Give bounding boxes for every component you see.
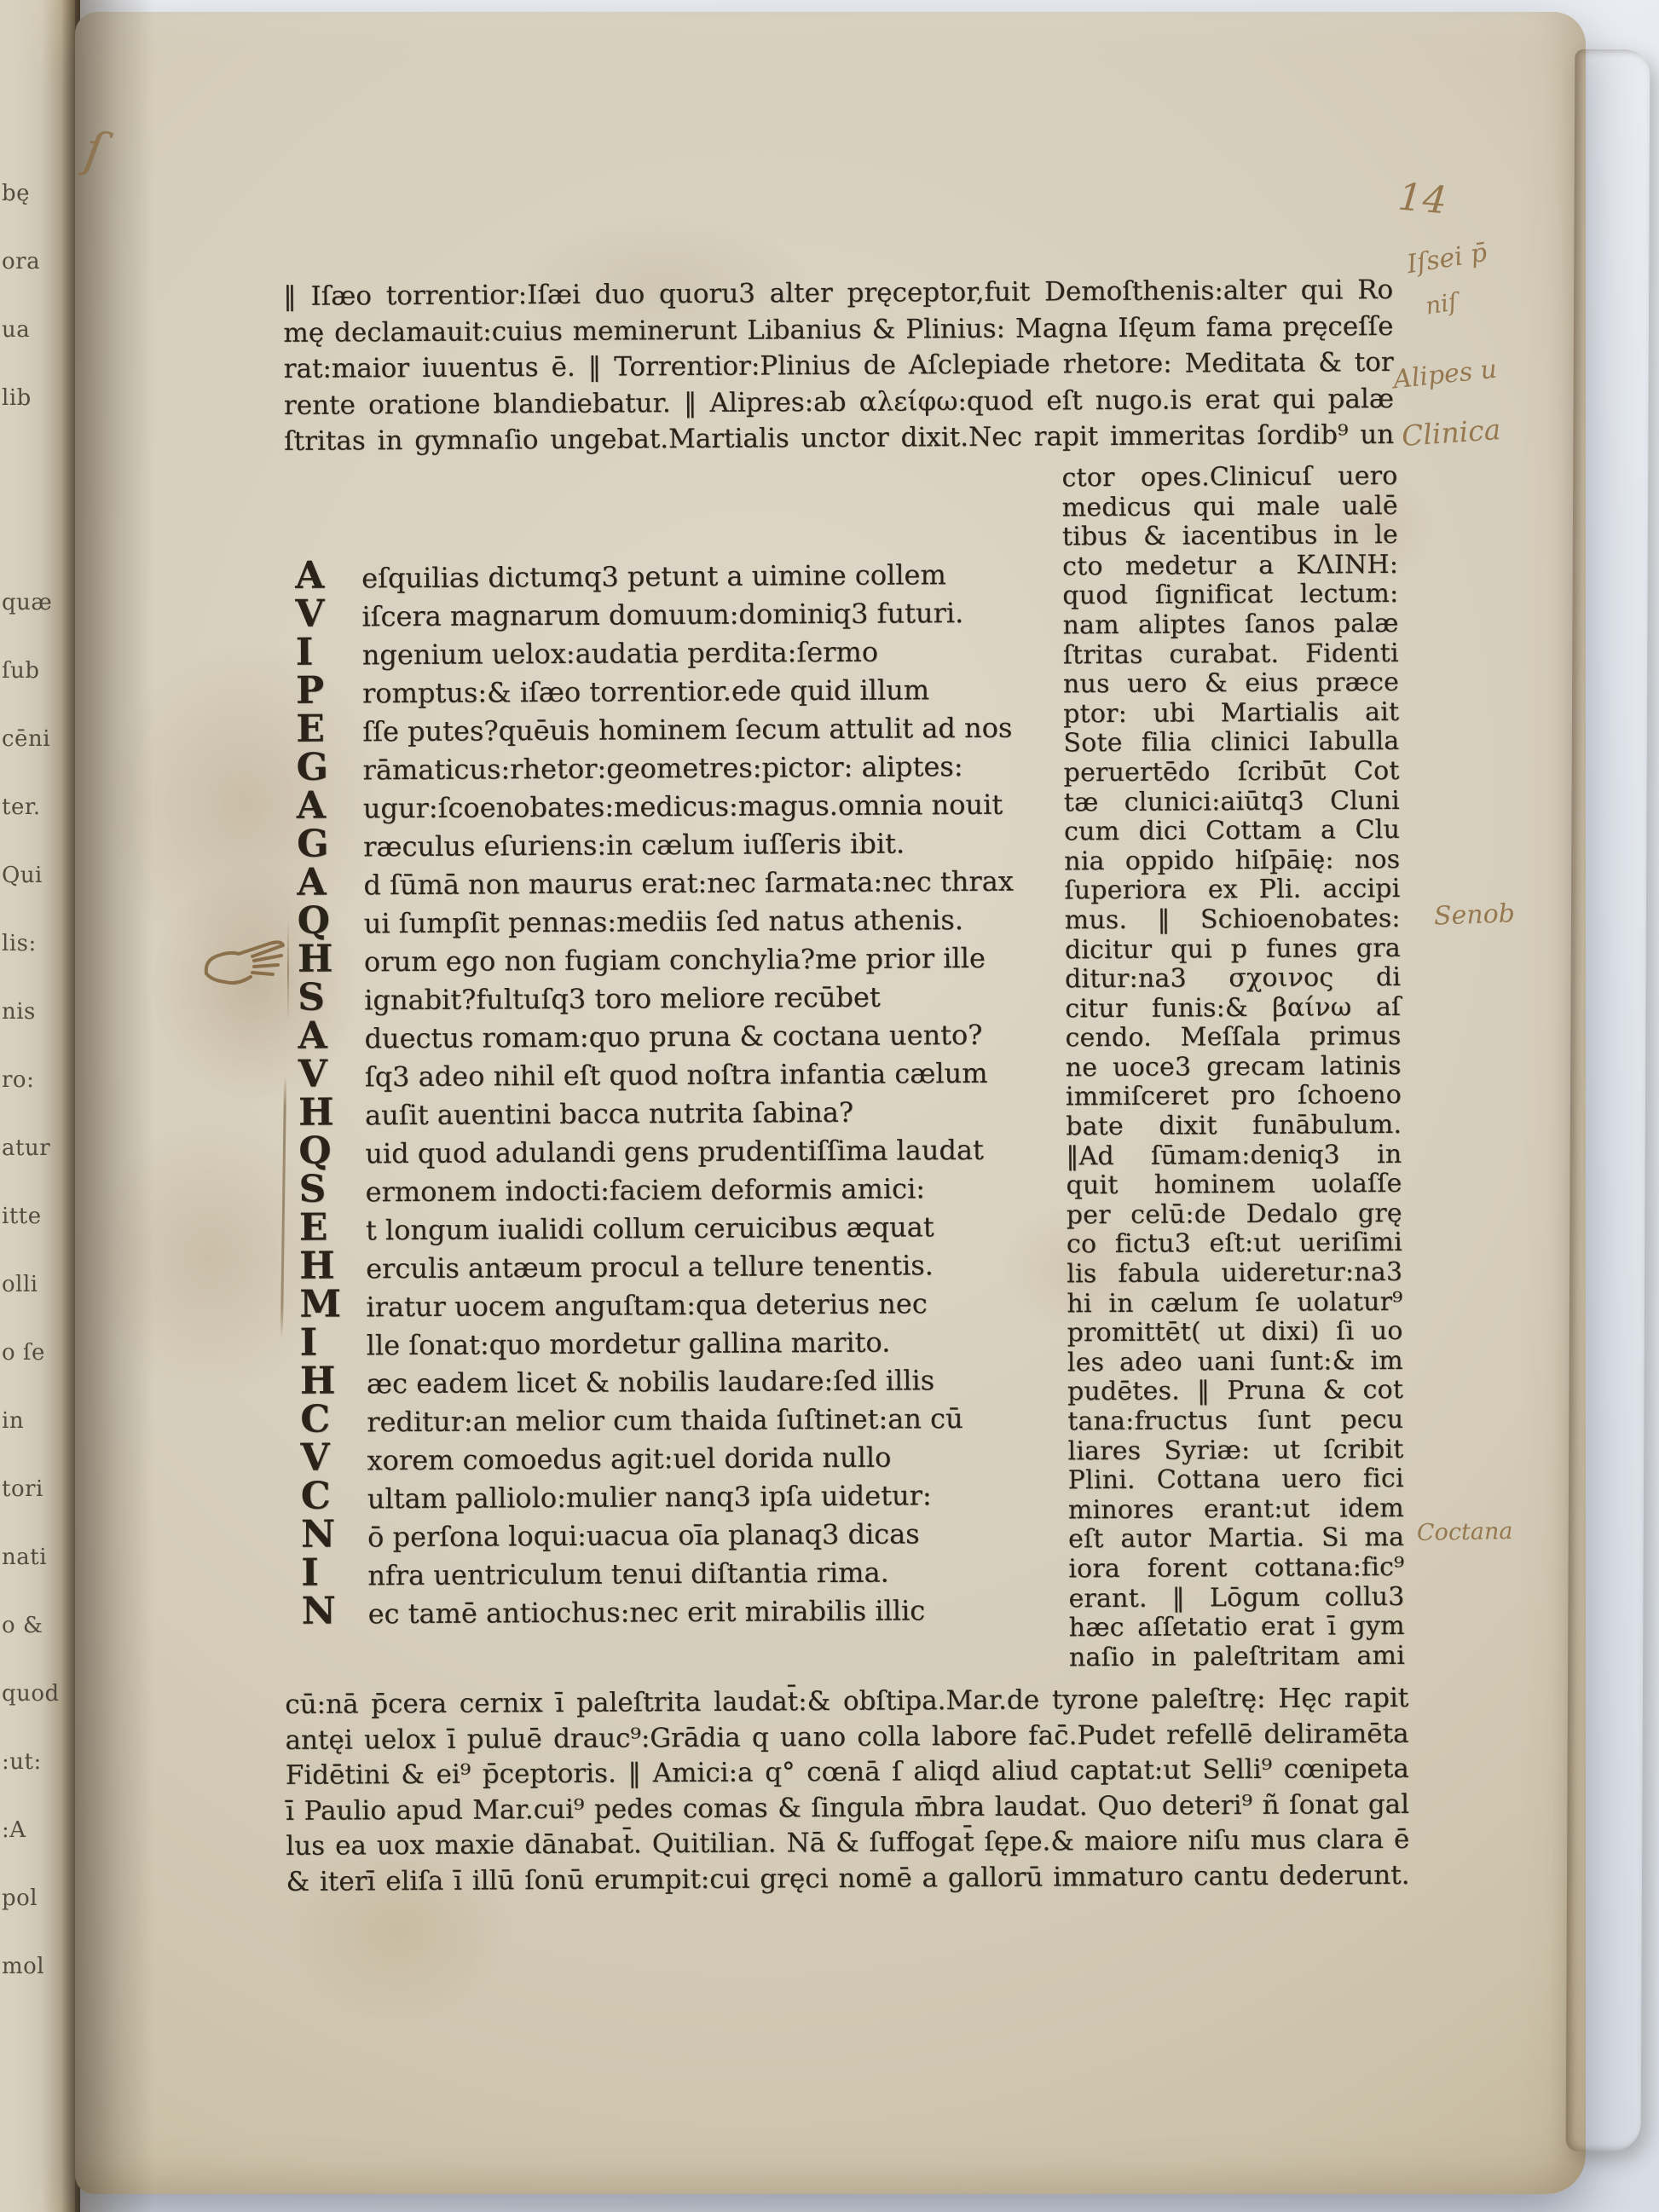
initial-capital: C (301, 1474, 345, 1517)
text-line: ne uoce3 grecam latinis (1066, 1051, 1402, 1083)
verse-text: d ſūmā non maurus erat:nec ſarmata:nec t… (341, 865, 1014, 902)
handwritten-page-number: 14 (1396, 176, 1449, 223)
verse-text: ui ſumpſit pennas:mediis ſed natus athen… (342, 904, 963, 939)
initial-capital: I (301, 1551, 345, 1594)
verse-text: ſſe putes?quēuis hominem ſecum attulit a… (340, 712, 1012, 748)
text-line: hæc aſſetatio erat ī gym (1069, 1611, 1405, 1643)
text-line: ſtritas curabat. Fidenti (1063, 638, 1399, 669)
verse-text: ec tamē antiochus:nec erit mirabilis ill… (346, 1594, 926, 1630)
initial-capital: N (301, 1512, 345, 1556)
text-line: naſio in paleſtritam ami (1069, 1641, 1405, 1672)
text-line: lis fabula uideretur:na3 (1066, 1257, 1402, 1289)
initial-capital: S (298, 975, 342, 1019)
text-line: nia oppido hiſpāię: nos (1064, 845, 1400, 876)
verse-text: duectus romam:quo pruna & coctana uento? (342, 1019, 982, 1055)
text-line: promittēt( ut dixi) ſi uo (1067, 1316, 1403, 1348)
initial-capital: H (299, 1244, 344, 1287)
commentary-bottom-paragraph: cū:nā p̄cera cernix ī paleſtrita laudat̄… (285, 1683, 1409, 1902)
text-line: ſtritas in gymnaſio ungebat.Martialis un… (284, 419, 1394, 462)
text-line: peruertēdo ſcribūt Cot (1064, 756, 1400, 788)
initial-capital: V (298, 1052, 343, 1095)
text-line: bate dixit funābulum. (1066, 1110, 1402, 1141)
text-line: cum dici Cottam a Clu (1064, 815, 1400, 846)
verse-line: A eſquilias dictumq3 petunt a uimine col… (295, 549, 1071, 592)
text-line: Sote filia clinici Iabulla (1063, 726, 1399, 758)
verse-text: rāmaticus:rhetor:geometres:pictor: alipt… (340, 750, 962, 786)
text-line: medicus qui male ualē (1062, 491, 1398, 523)
verse-text: erculis antæum procul a tellure tenentis… (344, 1249, 934, 1285)
initial-capital: P (296, 668, 340, 712)
initial-capital: V (295, 592, 339, 635)
verse-text: t longum iualidi collum ceruicibus æquat (344, 1210, 934, 1246)
verse-text: ugur:ſcoenobates:medicus:magus.omnia nou… (341, 788, 1003, 825)
verse-text: ngenium uelox:audatia perdita:ſermo (340, 636, 879, 672)
text-line: ſuperiora ex Pli. accipi (1064, 874, 1400, 905)
text-line: liares Syriæ: ut ſcribit (1067, 1434, 1403, 1465)
verse-text: ultam palliolo:mulier nanq3 ipſa uidetur… (345, 1479, 932, 1515)
photograph-of-incunabulum-page: { "page": { "top_paragraph": { "lines": … (0, 0, 1659, 2212)
text-line: co fictu3 eſt:ut ueriſimi (1066, 1227, 1402, 1259)
verse-text: reditur:an melior cum thaida ſuſtinet:an… (344, 1402, 963, 1438)
text-line: tibus & iacentibus in le (1062, 520, 1398, 552)
initial-capital: C (300, 1397, 344, 1441)
text-line: quod ſignificat lectum: (1062, 579, 1398, 610)
text-line: erant. ‖ Lōgum collu3 (1068, 1581, 1404, 1613)
initial-capital: I (296, 630, 340, 673)
verse-text: auſit auentini bacca nutrita ſabina? (343, 1096, 853, 1132)
text-line: pudētes. ‖ Pruna & cot (1067, 1375, 1403, 1406)
verse-text: xorem comoedus agit:uel dorida nullo (344, 1441, 891, 1477)
verse-text: uid quod adulandi gens prudentiſſima lau… (343, 1134, 984, 1170)
verse-text: ermonem indocti:faciem deformis amici: (343, 1172, 925, 1208)
initial-capital: V (300, 1435, 344, 1479)
commentary-right-column: ctor opes.Clinicuſ ueromedicus qui male … (1061, 461, 1405, 1672)
text-line: minores erant:ut idem (1068, 1493, 1404, 1525)
initial-capital: G (296, 745, 340, 788)
text-line: tana:fructus ſunt pecu (1067, 1405, 1403, 1436)
initial-capital: I (300, 1320, 344, 1364)
text-line: citur funis:& βαίνω aſ (1065, 992, 1401, 1024)
commentary-top-paragraph: ‖ Iſæo torrentior:Iſæi duo quoru3 alter … (283, 274, 1394, 462)
text-line: mus. ‖ Schioenobates: (1065, 904, 1401, 935)
text-line: & iterī eliſa ī illū ſonū erumpit:cui gr… (286, 1859, 1409, 1902)
verse-text: ſq3 adeo nihil eſt quod noſtra infantia … (343, 1057, 988, 1094)
initial-capital: E (296, 707, 340, 750)
initial-capital: A (295, 554, 339, 598)
verse-text: lle ſonat:quo mordetur gallina marito. (344, 1326, 891, 1362)
text-line: eſt autor Martia. Si ma (1068, 1522, 1404, 1554)
text-line: cendo. Meſſala primus (1065, 1021, 1401, 1053)
initial-capital: N (301, 1589, 345, 1632)
initial-capital: H (298, 1090, 343, 1134)
initial-capital: Q (298, 898, 342, 942)
text-line: dicitur qui p funes gra (1065, 933, 1401, 964)
initial-capital: E (299, 1205, 344, 1249)
initial-capital: A (297, 783, 341, 827)
text-line: nam aliptes ſanos palæ (1062, 609, 1398, 640)
text-line: immiſceret pro ſchoeno (1066, 1080, 1402, 1112)
verse-text: orum ego non fugiam conchylia?me prior i… (342, 942, 986, 979)
initial-capital: Q (298, 1129, 343, 1172)
initial-capital: H (300, 1359, 344, 1402)
text-line: tæ clunici:aiūtq3 Cluni (1064, 785, 1400, 817)
verse-text: ignabit?fultuſq3 toro meliore recūbet (342, 981, 881, 1017)
verse-text: romptus:& iſæo torrentior.ede quid illum (340, 673, 929, 709)
printed-text-block: ‖ Iſæo torrentior:Iſæi duo quoru3 alter … (0, 0, 1659, 2212)
text-line: ditur:na3 σχοινος di (1065, 962, 1401, 994)
initial-capital: H (298, 937, 342, 980)
text-line: nus uero & eius præce (1063, 667, 1399, 699)
verse-text: æc eadem licet & nobilis laudare:ſed ill… (344, 1364, 934, 1400)
verse-text: iſcera magnarum domuum:dominiq3 futuri. (339, 597, 963, 632)
verse-text: ræculus eſuriens:in cælum iuſſeris ibit. (341, 827, 905, 863)
text-line: ptor: ubi Martialis ait (1063, 697, 1399, 729)
text-line: hi in cælum ſe uolatur⁹ (1066, 1287, 1402, 1319)
verse-text: iratur uocem anguſtam:qua deterius nec (344, 1287, 927, 1323)
initial-capital: G (297, 822, 341, 865)
initial-capital: A (297, 860, 341, 904)
text-line: iora forent cottana:fic⁹ (1068, 1552, 1404, 1584)
verse-text: nfra uentriculum tenui diſtantia rima. (345, 1556, 889, 1592)
verse-text: ō perſona loqui:uacua oīa planaq3 dicas (345, 1517, 920, 1553)
text-line: Plini. Cottana uero fici (1068, 1464, 1404, 1495)
initial-capital: S (298, 1167, 343, 1210)
initial-capital: M (299, 1282, 344, 1325)
initial-capital: A (298, 1014, 342, 1057)
manicule-icon (199, 924, 292, 1006)
text-line: per celū:de Dedalo grę (1066, 1198, 1402, 1230)
acrostic-verse-block: A eſquilias dictumq3 petunt a uimine col… (295, 549, 1078, 1628)
verse-text: eſquilias dictumq3 petunt a uimine colle… (339, 558, 946, 594)
text-line: cto medetur a ΚΛΙΝΗ: (1062, 550, 1398, 581)
margin-pen-line-short (287, 919, 289, 1021)
text-line: ctor opes.Clinicuſ uero (1061, 461, 1397, 493)
text-line: quit hominem uolaſſe (1066, 1169, 1402, 1200)
text-line: ‖Ad ſūmam:deniq3 in (1066, 1140, 1402, 1171)
text-line: les adeo uani ſunt:& im (1067, 1346, 1403, 1377)
